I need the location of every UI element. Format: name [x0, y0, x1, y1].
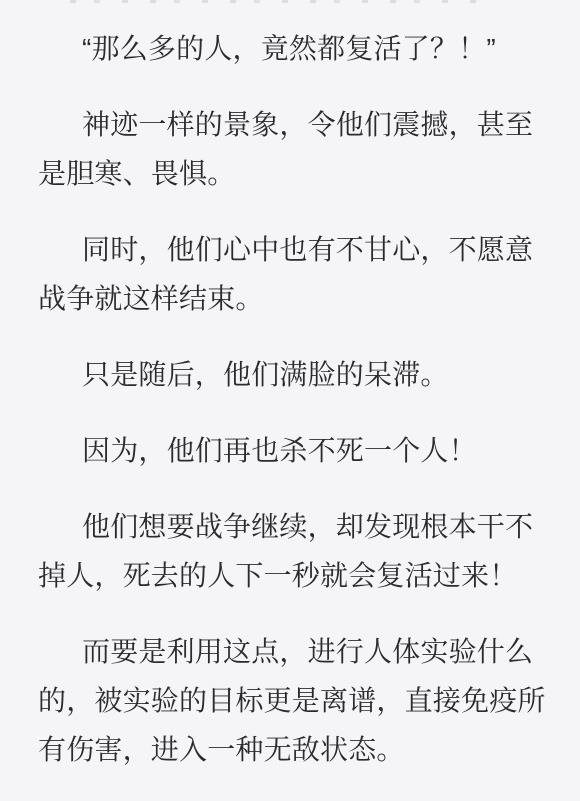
paragraph: 他们想要战争继续，却发现根本干不 掉人，死去的人下一秒就会复活过来！ — [38, 502, 550, 600]
paragraph: 同时，他们心中也有不甘心，不愿意 战争就这样结束。 — [38, 225, 550, 323]
text-line: 是胆寒、畏惧。 — [38, 149, 550, 198]
paragraph: “那么多的人，竟然都复活了？！” — [38, 24, 550, 73]
paragraph: 神迹一样的景象，令他们震撼，甚至 是胆寒、畏惧。 — [38, 100, 550, 198]
paragraph: 而要是利用这点，进行人体实验什么 的，被实验的目标更是离谱，直接免疫所 有伤害，… — [38, 627, 550, 774]
text-line: 的，被实验的目标更是离谱，直接免疫所 — [38, 676, 550, 725]
text-line: 战争就这样结束。 — [38, 274, 550, 323]
text-line: 掉人，死去的人下一秒就会复活过来！ — [38, 551, 550, 600]
text-line: 同时，他们心中也有不甘心，不愿意 — [38, 225, 550, 274]
text-line: 神迹一样的景象，令他们震撼，甚至 — [38, 100, 550, 149]
text-line: 只是随后，他们满脸的呆滞。 — [38, 350, 550, 399]
paragraph: 只是随后，他们满脸的呆滞。 — [38, 350, 550, 399]
text-line: 有伤害，进入一种无敌状态。 — [38, 725, 550, 774]
text-line: “那么多的人，竟然都复活了？！” — [38, 24, 550, 73]
reader-page[interactable]: “那么多的人，竟然都复活了？！” 神迹一样的景象，令他们震撼，甚至 是胆寒、畏惧… — [0, 0, 580, 801]
paragraph: 因为，他们再也杀不死一个人！ — [38, 426, 550, 475]
text-line: 他们想要战争继续，却发现根本干不 — [38, 502, 550, 551]
text-line: 因为，他们再也杀不死一个人！ — [38, 426, 550, 475]
text-line: 而要是利用这点，进行人体实验什么 — [38, 627, 550, 676]
previous-line-remnant — [70, 0, 490, 3]
